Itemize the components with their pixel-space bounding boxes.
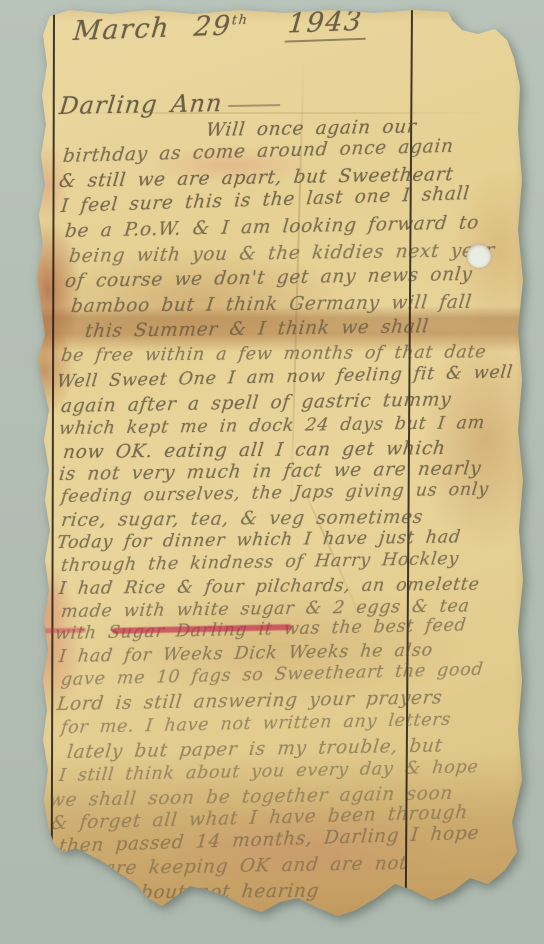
letter-line: you are keeping OK and are not — [56, 853, 408, 880]
letter-date: March 29th 1943 — [72, 6, 368, 47]
ledger-rule-left — [51, 12, 55, 894]
censor-strike-edge — [36, 628, 86, 634]
letter-date-suffix: th — [231, 13, 249, 29]
letter-line: be a P.o.W. & I am looking forward to — [64, 212, 480, 242]
letter-salutation: Darling Ann — [58, 88, 282, 120]
letter-line: be free within a few months of that date — [60, 342, 487, 366]
letter-line: for me. I have not written any letters — [60, 710, 452, 738]
letter-line: rice, sugar, tea, & veg sometimes — [60, 507, 424, 531]
letter-line: birthday as come around once again — [62, 136, 455, 167]
letter-date-year: 1943 — [284, 6, 368, 43]
punched-hole — [467, 244, 491, 268]
letter-line: again after a spell of gastric tummy — [60, 389, 452, 417]
letter-date-monthday: March 29 — [72, 10, 233, 47]
letter-line: through the kindness of Harry Hockley — [60, 549, 460, 576]
letter-line: of course we don't get any news only — [64, 264, 474, 292]
letter-line: bamboo but I think Germany will fall — [70, 292, 473, 317]
paper-shadow-wrap: March 29th 1943 Darling Ann Will once ag… — [0, 0, 544, 944]
letter-line: I had Rice & four pilchards, an omelette — [58, 575, 481, 599]
underline-flourish — [228, 104, 280, 107]
salutation-text: Darling Ann — [58, 89, 224, 120]
letter-line: Well Sweet One I am now feeling fit & we… — [56, 362, 514, 392]
photo-of-letter: March 29th 1943 Darling Ann Will once ag… — [0, 0, 544, 944]
letter-paper: March 29th 1943 Darling Ann Will once ag… — [0, 0, 544, 944]
letter-line: being with you & the kiddies next year — [68, 240, 496, 267]
letter-line: to fret about not hearing — [48, 881, 320, 904]
letter-line: which kept me in dock 24 days but I am — [58, 413, 486, 439]
letter-line: this Summer & I think we shall — [84, 316, 430, 342]
